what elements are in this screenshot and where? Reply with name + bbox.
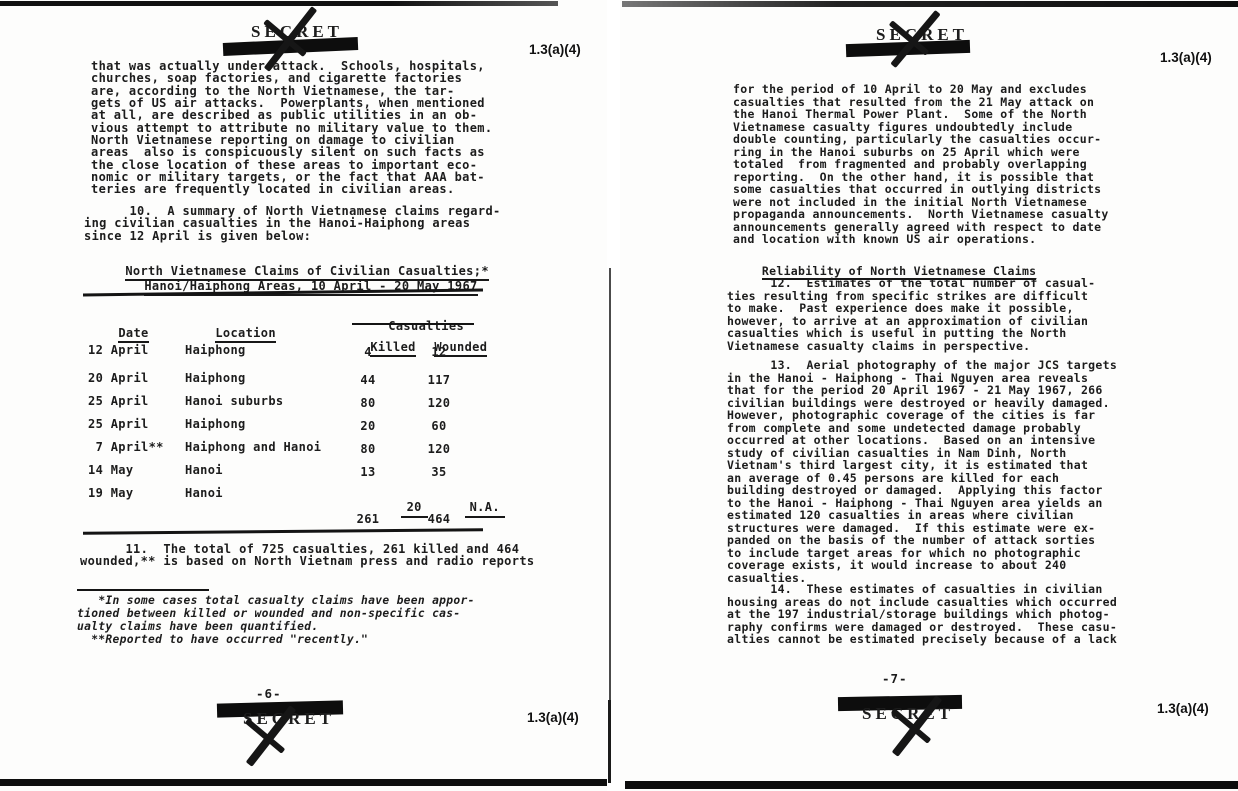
casualties-underline: [352, 323, 474, 325]
paragraph-11: 11. The total of 725 casualties, 261 kil…: [80, 543, 580, 568]
classification-marking: 1.3(a)(4): [529, 42, 581, 57]
page-gutter-line: [608, 700, 611, 783]
body-text-continued: that was actually under attack. Schools,…: [91, 60, 561, 196]
classification-marking: 1.3(a)(4): [1157, 701, 1209, 716]
body-text-continued: for the period of 10 April to 20 May and…: [733, 83, 1193, 246]
document-scan: { "classification": "1.3(a)(4)", "stamp"…: [0, 0, 1238, 791]
page-top-edge-line: [622, 1, 1238, 7]
page-bottom-edge-bar: [0, 779, 607, 786]
page-right: SECRET for the period of 10 April to 20 …: [620, 0, 1238, 791]
page-left: SECRET that was actually under attack. S…: [0, 0, 607, 791]
page-gutter-line: [609, 268, 611, 700]
paragraph-13: 13. Aerial photography of the major JCS …: [727, 359, 1197, 584]
page-number: -7-: [882, 671, 908, 686]
paragraph-10: 10. A summary of North Vietnamese claims…: [84, 205, 564, 242]
paragraph-12: 12. Estimates of the total number of cas…: [727, 277, 1197, 352]
footnotes: *In some cases total casualty claims hav…: [77, 594, 557, 646]
paragraph-14: 14. These estimates of casualties in civ…: [727, 583, 1207, 646]
page-number: -6-: [256, 686, 282, 701]
table-title-line2: Hanoi/Haiphong Areas, 10 April - 20 May …: [114, 268, 478, 308]
classification-marking: 1.3(a)(4): [1160, 50, 1212, 65]
page-bottom-edge-bar: [625, 781, 1238, 789]
page-top-edge-line: [0, 1, 558, 6]
classification-marking: 1.3(a)(4): [527, 710, 579, 725]
footnote-separator: [77, 589, 209, 591]
